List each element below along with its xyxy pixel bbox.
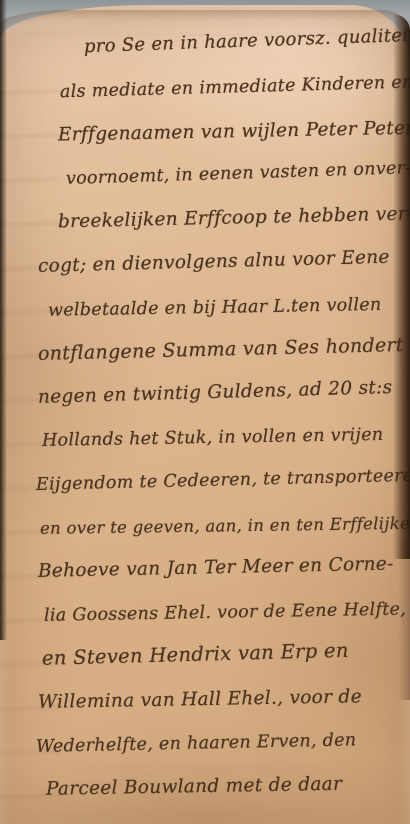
manuscript-line: Behoeve van Jan Ter Meer en Corne- <box>34 542 407 593</box>
manuscript-line: Willemina van Hall Ehel., voor de <box>34 674 407 724</box>
manuscript-line: negen en twintig Guldens, ad 20 st:s <box>33 365 406 419</box>
manuscript-line: cogt; en dienvolgens alnu voor Eene <box>33 235 406 288</box>
manuscript-line: en Steven Hendrix van Erp en <box>33 628 406 681</box>
manuscript-page: pro Se en in haare voorsz. qualiteiten, … <box>0 5 410 824</box>
manuscript-line: Eijgendom te Cedeeren, te transporteeren <box>33 454 406 507</box>
manuscript-text: pro Se en in haare voorsz. qualiteiten, … <box>34 27 406 812</box>
manuscript-line: Wederhelfte, en haaren Erven, den <box>34 717 407 768</box>
manuscript-photo: pro Se en in haare voorsz. qualiteiten, … <box>0 0 410 824</box>
manuscript-line: Parceel Bouwland met de daar <box>34 762 407 812</box>
